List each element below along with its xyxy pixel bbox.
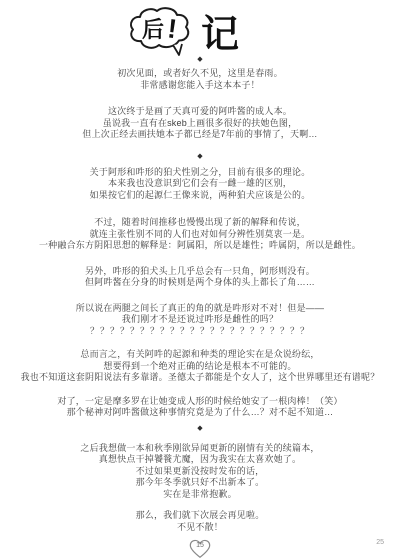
page-content: 后 ! 记 ◆ 初次见面，或者好久不见，这里是春雨。 非常感谢您能入手这本本子！… (0, 6, 400, 559)
paragraph-farewell: 那么，我们就下次展会再见啦。 不见不散！ (136, 510, 265, 533)
diamond-divider: ◆ (197, 56, 202, 64)
text-line: 就连主张性别不同的人们也对如何分辨性别莫衷一是。 (90, 229, 311, 241)
text-line: 所以说在两腿之间长了真正的角的就是吽形对不对！但是—— (76, 303, 324, 315)
text-line: 一种融合东方阴阳思想的解释是：阿属阳，所以是雄性；吽属阴，所以是雌性。 (39, 240, 361, 252)
text-line: 我们刚才不是还说过吽形是雌性的吗？ (122, 314, 278, 326)
text-line: 但上次正经去画扶她本子都已经是7年前的事情了，天啊… (82, 129, 317, 141)
diamond-divider: ◆ (197, 153, 202, 161)
text-line: 本来我也没意识到它们会有一雌一雄的区别， (108, 178, 292, 190)
text-line: 真想快点干掉饕餮尤魔，因为我实在太喜欢她了。 (99, 454, 301, 466)
question-marks-line: ？？？？？？？？？？？？？？？？？？？？？？ (90, 326, 310, 338)
text-line: 关于阿形和吽形的狛犬性别之分，目前有很多的理论。 (90, 167, 311, 179)
title-main-char: 记 (201, 14, 239, 56)
text-line: 对了，一定是摩多罗在让她变成人形的时候给她安了一根肉棒！（笑） (57, 396, 342, 408)
paragraph-joke: 对了，一定是摩多罗在让她变成人形的时候给她安了一根肉棒！（笑） 那个秘神对阿吽酱… (57, 396, 342, 419)
scan-page-number: 25 (376, 539, 384, 546)
text-line: 那今年冬季就只好不出新本了。 (136, 477, 265, 489)
afterword-page: 后 ! 记 ◆ 初次见面，或者好久不见，这里是春雨。 非常感谢您能入手这本本子！… (0, 0, 400, 560)
text-line: 想要得到一个绝对正确的结论是根本不可能的。 (103, 361, 296, 373)
paragraph-confusion: 所以说在两腿之间长了真正的角的就是吽形对不对！但是—— 我们刚才不是还说过吽形是… (76, 303, 324, 338)
heart-page-number: 15 (189, 539, 211, 559)
paragraph-yin-yang: 不过，随着时间推移也慢慢出现了新的解释和传说， 就连主张性别不同的人们也对如何分… (39, 217, 361, 252)
text-line: 之后我想做一本和秋季刚欲异闻更新的剧情有关的续篇本， (80, 443, 319, 455)
text-line: 另外，吽形的狛犬头上几乎总会有一只角，阿形则没有。 (85, 266, 315, 278)
text-line: 非常感谢您能入手这本本子！ (140, 80, 260, 92)
title-cloud-char: 后 (142, 17, 164, 42)
text-line: 我也不知道这套阴阳说法有多靠谱。圣德太子都能是个女人了，这个世界哪里还有谱呢？ (21, 372, 380, 384)
page-number: 15 (189, 542, 211, 549)
text-line: 那么，我们就下次展会再见啦。 (136, 510, 265, 522)
text-line: 不见不散！ (177, 522, 223, 534)
text-line: 初次见面，或者好久不见，这里是春雨。 (117, 68, 283, 80)
text-line: 实在是非常抱歉。 (163, 489, 237, 501)
text-line: 总而言之，有关阿吽的起源和种类的理论实在是众说纷纭， (80, 349, 319, 361)
paragraph-horn: 另外，吽形的狛犬头上几乎总会有一只角，阿形则没有。 但阿吽酱在分身的时候则是两个… (85, 266, 315, 289)
text-line: 虽说我一直有在skeb上画很多很好的扶她色图， (103, 118, 298, 130)
text-line: 如果按它们的起源仁王像来说，两种狛犬应该是公的。 (90, 190, 311, 202)
diamond-divider: ◆ (197, 425, 202, 433)
text-line: 不过，随着时间推移也慢慢出现了新的解释和传说， (94, 217, 306, 229)
title-graphic: 后 ! 记 (125, 4, 275, 56)
paragraph-next-plans: 之后我想做一本和秋季刚欲异闻更新的剧情有关的续篇本， 真想快点干掉饕餮尤魔，因为… (80, 443, 319, 501)
page-title: 后 ! 记 (125, 6, 275, 54)
paragraph-about-book: 这次终于是画了天真可爱的阿吽酱的成人本。 虽说我一直有在skeb上画很多很好的扶… (82, 106, 317, 141)
text-line: 不过如果更新没按时发布的话， (136, 466, 265, 478)
text-line: 这次终于是画了天真可爱的阿吽酱的成人本。 (108, 106, 292, 118)
paragraph-greeting: 初次见面，或者好久不见，这里是春雨。 非常感谢您能入手这本本子！ (117, 68, 283, 91)
text-line: 那个秘神对阿吽酱做这种事情究竟是为了什么…？对不起不知道… (67, 407, 334, 419)
paragraph-komainu-theory: 关于阿形和吽形的狛犬性别之分，目前有很多的理论。 本来我也没意识到它们会有一雌一… (90, 167, 311, 202)
text-line: 但阿吽酱在分身的时候则是两个身体的头上都长了角…… (85, 277, 315, 289)
paragraph-conclusion: 总而言之，有关阿吽的起源和种类的理论实在是众说纷纭， 想要得到一个绝对正确的结论… (21, 349, 380, 384)
